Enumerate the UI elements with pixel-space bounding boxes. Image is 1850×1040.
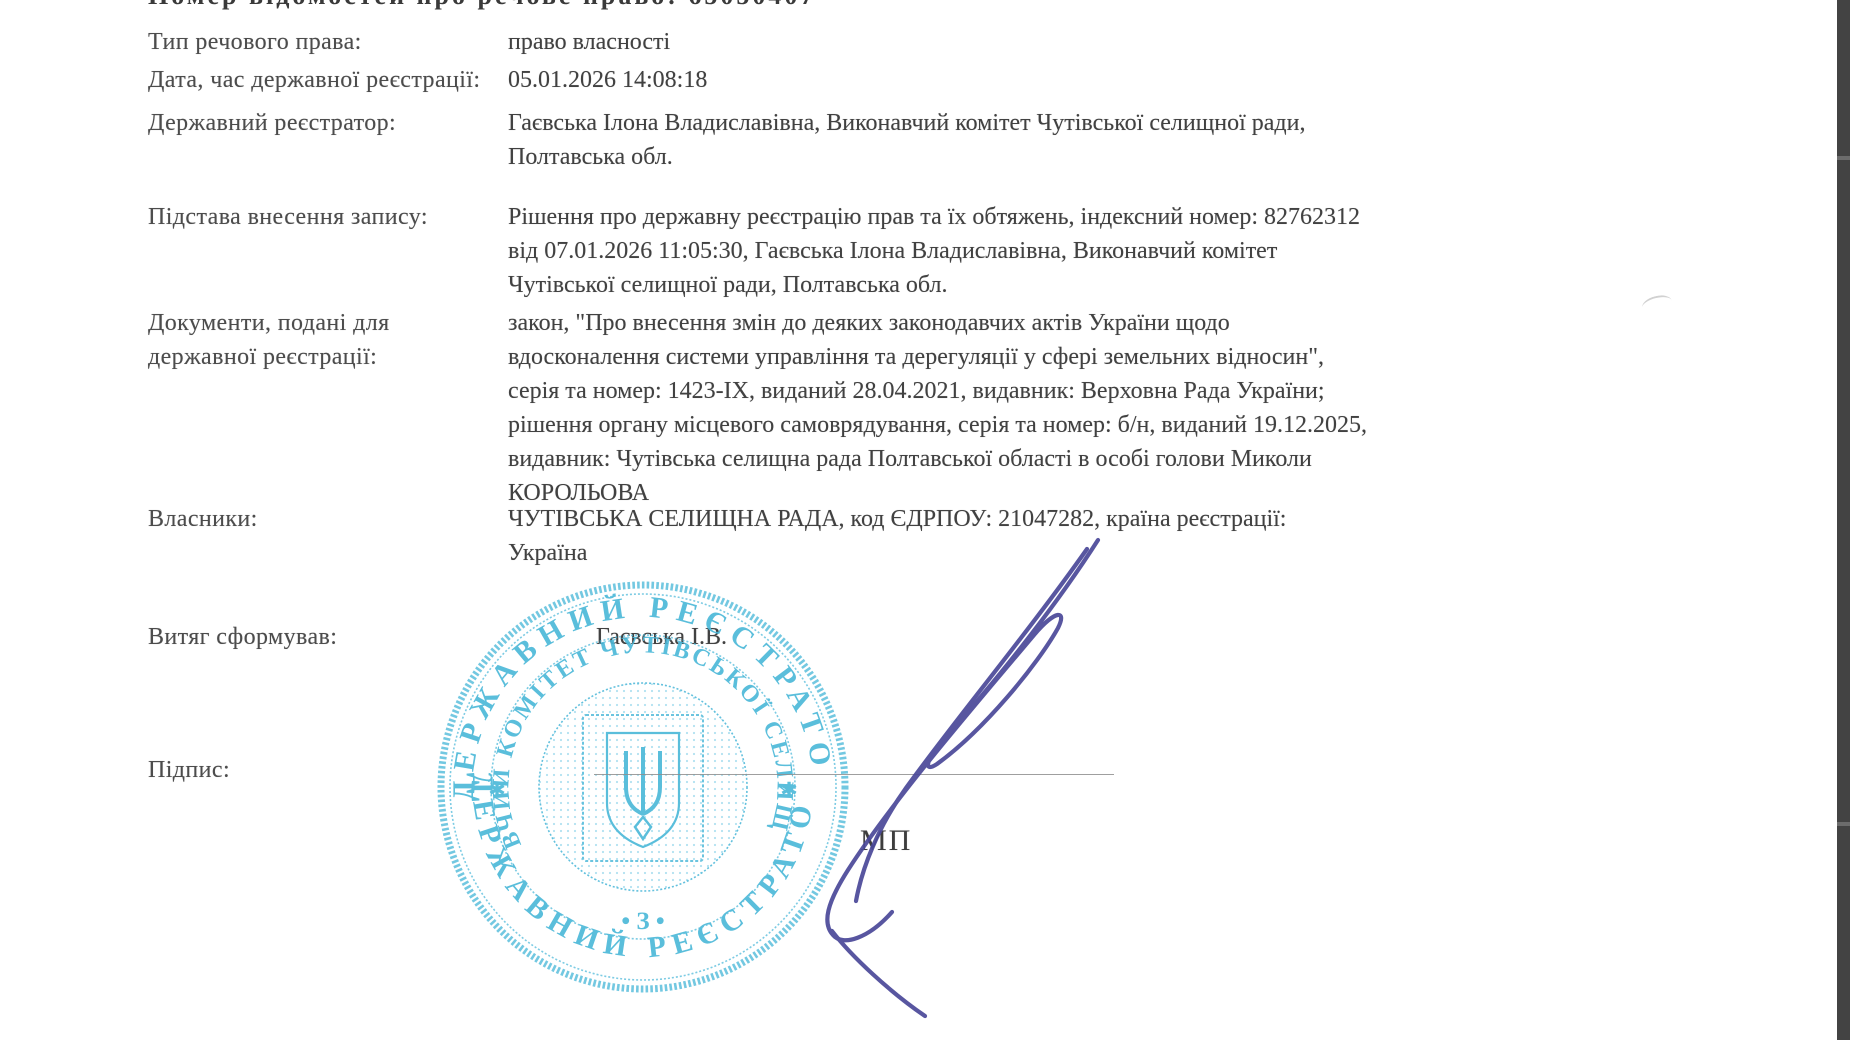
field-value: від 07.01.2026 11:05:30, Гаєвська Ілона … [508,234,1360,268]
field-value: вдосконалення системи управління та дере… [508,340,1367,374]
scanner-band-notch [1837,156,1850,160]
star-separator-icon: ✱ [780,778,798,802]
field-label: Підпис: [148,753,230,787]
seal-place-mark: МП [860,824,912,858]
field-label: Державний реєстратор: [148,106,396,140]
registry-extract-document: Номер відомостей про речове право: 65050… [0,0,1850,1040]
field-label: Тип речового права: [148,25,362,59]
record-number-heading: Номер відомостей про речове право: 65050… [148,0,816,11]
field-label: Підстава внесення запису: [148,200,428,234]
field-value: право власності [508,25,670,59]
scanner-band-notch [1837,822,1850,826]
field-value: Рішення про державну реєстрацію прав та … [508,200,1360,234]
signature-stroke [827,540,1098,940]
field-value: Гаєвська Ілона Владиславівна, Виконавчий… [508,106,1305,140]
field-value: видавник: Чутівська селищна рада Полтавс… [508,442,1367,476]
field-value: серія та номер: 1423-IX, виданий 28.04.2… [508,374,1367,408]
scan-smudge-artifact [1641,293,1674,316]
field-label: Дата, час державної реєстрації: [148,63,480,97]
field-label: державної реєстрації: [148,340,390,374]
field-value: Чутівської селищної ради, Полтавська обл… [508,268,1360,302]
field-value: ЧУТІВСЬКА СЕЛИЩНА РАДА, код ЄДРПОУ: 2104… [508,502,1286,536]
field-value: Полтавська обл. [508,140,1305,174]
field-value: Україна [508,536,1286,570]
scanner-edge-band [1837,0,1850,1040]
field-value: 05.01.2026 14:08:18 [508,63,707,97]
field-label: Документи, подані для [148,306,390,340]
field-label: Власники: [148,502,258,536]
signature-rule-line [594,774,1114,775]
official-round-stamp: ДЕРЖАВНИЙ РЕЄСТРАТОР ДЕРЖАВНИЙ РЕЄСТРАТО… [428,572,858,1002]
field-value: рішення органу місцевого самоврядування,… [508,408,1367,442]
field-label: Витяг сформував: [148,620,337,654]
stamp-number-mark: • З • [621,908,664,935]
star-separator-icon: ✱ [488,778,506,802]
field-value: закон, "Про внесення змін до деяких зако… [508,306,1367,340]
